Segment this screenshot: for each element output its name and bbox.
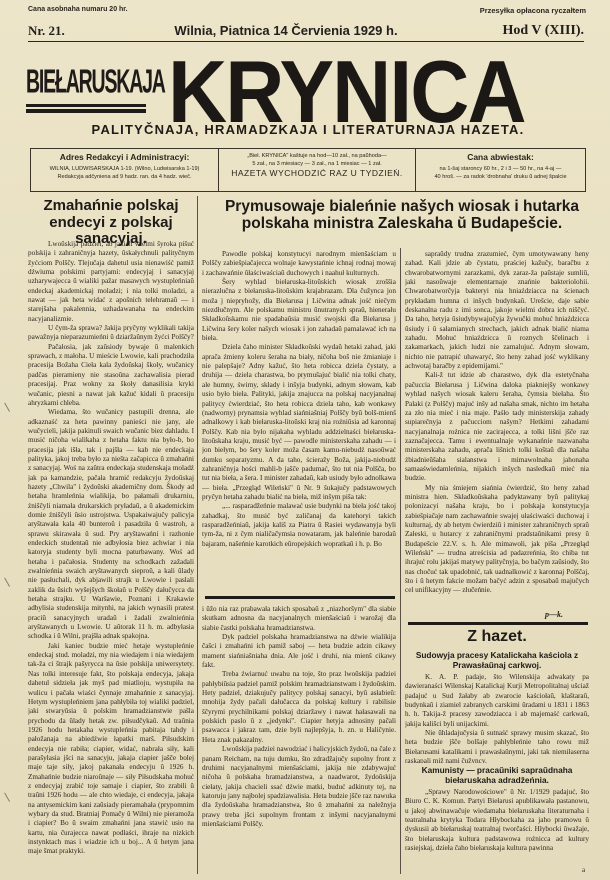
office-hours: Redakcyja adčyniena ad 9 hadz. ran. da 4… bbox=[35, 173, 214, 181]
paragraph: Pačałosia, jak zaŭsiody bywaje ŭ malenki… bbox=[28, 343, 194, 408]
paragraph: Šery wyhlad biełaruska-litoŭskich wiosak… bbox=[202, 278, 396, 343]
paragraph: i ŭžo nia raz prabawała takich sposabaŭ … bbox=[202, 605, 396, 633]
news-section-title: Z hazet. bbox=[405, 628, 589, 646]
paragraph: Dziela čaho minister Składkoŭski wydaŭ h… bbox=[202, 343, 396, 502]
ad-rates-cell: Cana abwiestak: na 1-šaj staroncy 60 hr.… bbox=[416, 149, 585, 191]
dateline: Nr. 21. Wilnia, Piatnica 14 Červienia 19… bbox=[28, 20, 584, 42]
news-item1-body: K. A. P. padaje, što Wilenskija adwakaty… bbox=[405, 673, 589, 763]
paragraph: Nie ŭhladajučysia ŭ sutnaść sprawy musim… bbox=[405, 729, 589, 763]
paragraph: Treba źwiarnuć uwahu na toje, što praz l… bbox=[202, 670, 396, 745]
news-item2-title: Kamunisty — pracaŭniki sapraŭdnaha bieła… bbox=[405, 765, 589, 785]
paragraph: U čym-ža sprawa? Jakija pryčyny wyklikal… bbox=[28, 324, 194, 343]
center-article-col2: sapraŭdy trudna zrazumieć, čym umotywawa… bbox=[405, 250, 589, 608]
margin-mark bbox=[4, 398, 18, 412]
masthead-subtitle: PALITYČNAJA, HRAMADZKAJA I LITERATURNAJA… bbox=[30, 122, 586, 137]
paragraph: Pawodle polskaj konstytucyi narodnym mie… bbox=[202, 250, 396, 278]
paragraph: Lwoŭskija padziei nawodziać i halicyjski… bbox=[202, 745, 396, 829]
masthead-rule bbox=[26, 109, 146, 113]
paragraph: Jaki kaniec budzie mieć hetaje wystupleń… bbox=[28, 642, 194, 857]
subscription-line: „Bieł. KRYNICA" kaštuje na hod—10 zał., … bbox=[223, 152, 411, 160]
margin-mark bbox=[4, 788, 18, 802]
center-article-col1: Pawodle polskaj konstytucyi narodnym mie… bbox=[202, 250, 396, 592]
subscription-line: 5 zał., na 3 miesiacy — 3 zał., na 1 mie… bbox=[223, 160, 411, 168]
left-article-body: Lwoŭskija padziei, ab jakich wielmi šyro… bbox=[28, 240, 194, 876]
paragraph: „Sprawy Narodowościowe" ŭ Nr. 1/1929 pad… bbox=[405, 788, 589, 853]
issue-date: Wilnia, Piatnica 14 Červienia 1929 h. bbox=[98, 23, 474, 38]
address-cell: Adres Redakcyi i Administracyi: WILNIA, … bbox=[31, 149, 219, 191]
masthead-rule bbox=[26, 104, 146, 107]
column-divider bbox=[197, 196, 198, 874]
address-line: WILNIA, LUDWISARSKAJA 1-19. (Wilno, Ludw… bbox=[35, 165, 214, 173]
issue-number: Nr. 21. bbox=[28, 23, 98, 39]
paragraph: Lwoŭskija padziei, ab jakich wielmi šyro… bbox=[28, 240, 194, 324]
frequency-note: HAZETA WYCHODZIĆ RAZ U TYDZIEŃ. bbox=[223, 169, 411, 177]
ad-rates-line: 40 hroš. — za radok 'drobnaha' druku ŭ a… bbox=[420, 173, 581, 181]
volume-year: Hod V (XIII). bbox=[474, 23, 584, 39]
address-title: Adres Redakcyi i Administracyi: bbox=[35, 152, 214, 162]
left-article-continuation: i ŭžo nia raz prabawała takich sposabaŭ … bbox=[202, 605, 396, 875]
column-divider bbox=[400, 248, 401, 874]
paragraph: My nia śmiejem siańnia ćwierdzić, što he… bbox=[405, 484, 589, 596]
margin-mark bbox=[4, 573, 18, 587]
paragraph: Kali-ž tut idzie ab charastwo, dyk dla e… bbox=[405, 371, 589, 483]
newspaper-page: Cana asobnaha numaru 20 hr. Przesyłka op… bbox=[0, 0, 610, 880]
news-item2-body: „Sprawy Narodowościowe" ŭ Nr. 1/1929 pad… bbox=[405, 788, 589, 864]
subscription-cell: „Bieł. KRYNICA" kaštuje na hod—10 zał., … bbox=[219, 149, 416, 191]
center-article-headline: Prymusowaje bialeńnie našych wiosak i hu… bbox=[202, 198, 602, 232]
article-signature: p—k. bbox=[545, 610, 563, 619]
center-separator bbox=[205, 596, 395, 599]
paragraph: „... rasparadžeńnie malawać usie budynki… bbox=[202, 502, 396, 549]
paragraph: K. A. P. padaje, što Wilenskija adwakaty… bbox=[405, 673, 589, 729]
masthead-bielaruskaja: BIEŁARUSKAJA bbox=[26, 63, 121, 128]
news-section-rule bbox=[408, 622, 588, 625]
postage-note: Przesyłka opłacona ryczałtem bbox=[480, 6, 586, 15]
news-item1-title: Sudowyja pracesy Katalickaha kaściola z … bbox=[405, 650, 589, 670]
paragraph: Dyk padziel polskaha hramadzianstwa na d… bbox=[202, 633, 396, 670]
paragraph: Wiedama, što wučanicy pastupili drenna, … bbox=[28, 408, 194, 642]
footer-mark: a bbox=[582, 866, 585, 874]
issue-price: Cana asobnaha numaru 20 hr. bbox=[28, 6, 128, 13]
ad-rates-title: Cana abwiestak: bbox=[420, 152, 581, 162]
ad-rates-line: na 1-šaj staroncy 60 hr., 2 i 3 — 50 hr.… bbox=[420, 165, 581, 173]
paragraph: sapraŭdy trudna zrazumieć, čym umotywawa… bbox=[405, 250, 589, 371]
info-box: Adres Redakcyi i Administracyi: WILNIA, … bbox=[30, 148, 586, 192]
